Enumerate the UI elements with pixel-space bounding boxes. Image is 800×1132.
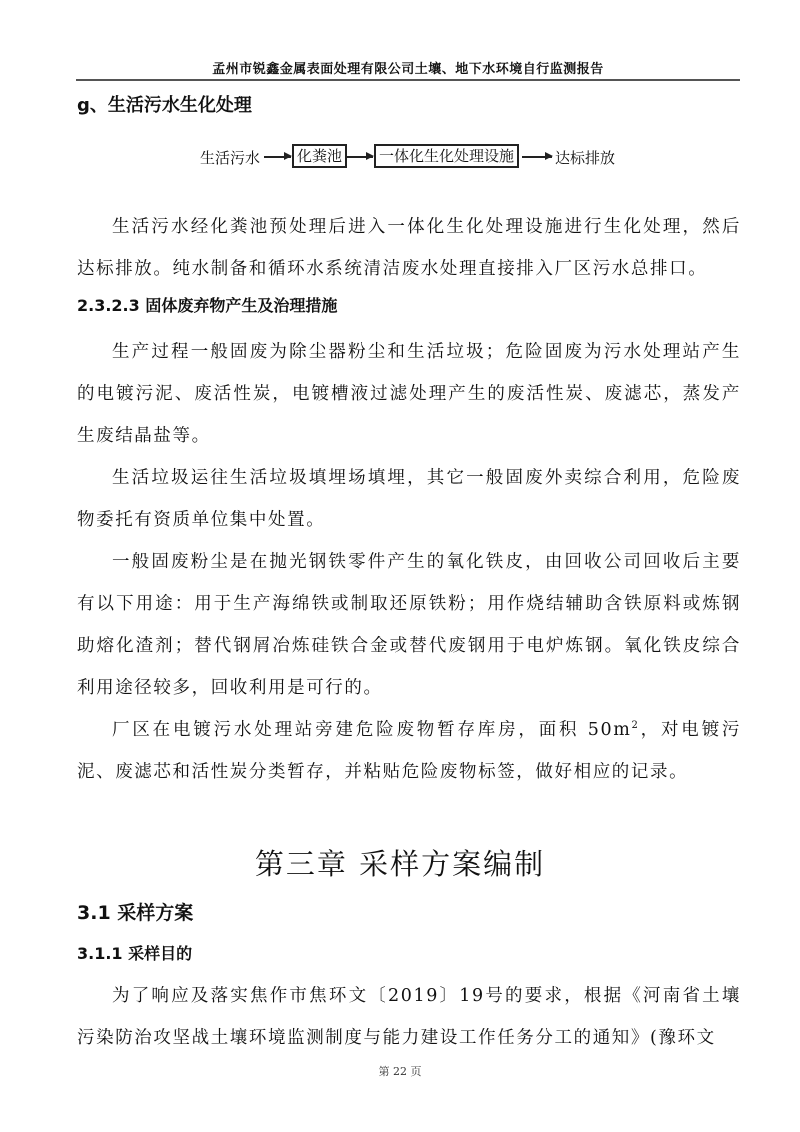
flow-arrow-icon bbox=[522, 156, 552, 158]
paragraph-sampling-purpose: 为了响应及落实焦作市焦环文〔2019〕19号的要求，根据《河南省土壤污染防治攻坚… bbox=[77, 975, 741, 1059]
paragraph-hazardous-storage: 厂区在电镀污水处理站旁建危险废物暂存库房，面积 50m2，对电镀污泥、废滤芯和活… bbox=[77, 709, 741, 793]
section-heading-2-3-2-3: 2.3.2.3 固体废弃物产生及治理措施 bbox=[77, 293, 337, 316]
section-heading-3-1-1: 3.1.1 采样目的 bbox=[77, 941, 192, 964]
flow-node-septic-tank: 化粪池 bbox=[292, 144, 347, 168]
flow-node-domestic-sewage: 生活污水 bbox=[200, 147, 260, 168]
flow-node-biochemical-facility: 一体化生化处理设施 bbox=[374, 144, 519, 168]
header-divider bbox=[76, 79, 740, 81]
paragraph-iron-oxide-reuse: 一般固废粉尘是在抛光钢铁零件产生的氧化铁皮，由回收公司回收后主要有以下用途：用于… bbox=[77, 541, 741, 709]
paragraph-solid-waste-sources: 生产过程一般固废为除尘器粉尘和生活垃圾；危险固废为污水处理站产生的电镀污泥、废活… bbox=[77, 331, 741, 457]
paragraph-text: 厂区在电镀污水处理站旁建危险废物暂存库房，面积 50m bbox=[112, 720, 631, 740]
page-number: 第 22 页 bbox=[0, 1063, 800, 1079]
page-header-title: 孟州市锐鑫金属表面处理有限公司土壤、地下水环境自行监测报告 bbox=[76, 58, 740, 77]
flow-arrow-icon bbox=[346, 156, 373, 158]
paragraph-waste-disposal: 生活垃圾运往生活垃圾填埋场填埋，其它一般固废外卖综合利用，危险废物委托有资质单位… bbox=[77, 457, 741, 541]
flow-node-discharge: 达标排放 bbox=[555, 147, 615, 168]
paragraph-sewage-treatment: 生活污水经化粪池预处理后进入一体化生化处理设施进行生化处理，然后达标排放。纯水制… bbox=[77, 206, 741, 290]
section-heading-3-1: 3.1 采样方案 bbox=[77, 898, 193, 925]
chapter-title: 第三章 采样方案编制 bbox=[0, 842, 800, 883]
flow-arrow-icon bbox=[264, 156, 291, 158]
section-heading-g: g、生活污水生化处理 bbox=[77, 91, 252, 117]
